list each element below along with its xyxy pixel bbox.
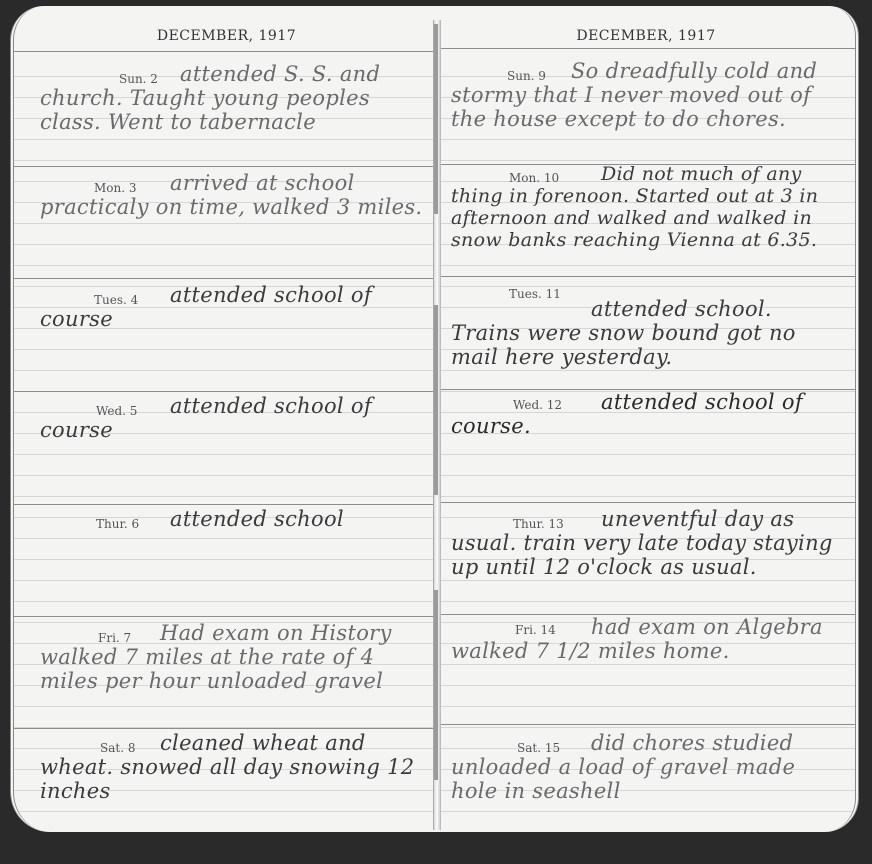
diary-entry: attended school. Trains were snow bound … xyxy=(451,297,841,369)
open-diary: DECEMBER, 1917 Sun. 2 attended S. S. and… xyxy=(0,0,872,864)
binding-stitch xyxy=(434,305,438,495)
day-wed-12: Wed. 12 attended school of course. xyxy=(437,389,855,502)
diary-entry: attended school of course xyxy=(40,283,425,331)
diary-entry: did chores studied unloaded a load of gr… xyxy=(451,731,841,803)
day-fri-7: Fri. 7 Had exam on History walked 7 mile… xyxy=(14,616,439,727)
diary-entry: uneventful day as usual. train very late… xyxy=(451,507,841,579)
day-tues-4: Tues. 4 attended school of course xyxy=(14,278,439,389)
day-tues-11: Tues. 11 attended school. Trains were sn… xyxy=(437,276,855,387)
diary-entry: Had exam on History walked 7 miles at th… xyxy=(40,621,425,693)
day-sat-15: Sat. 15 did chores studied unloaded a lo… xyxy=(437,724,855,832)
left-page: DECEMBER, 1917 Sun. 2 attended S. S. and… xyxy=(10,6,439,832)
day-mon-3: Mon. 3 arrived at school practicaly on t… xyxy=(14,166,439,277)
day-thur-6: Thur. 6 attended school xyxy=(14,504,439,615)
day-mon-10: Mon. 10 Did not much of any thing in for… xyxy=(437,164,855,275)
diary-entry: Did not much of any thing in forenoon. S… xyxy=(451,163,841,251)
diary-entry: attended school xyxy=(40,507,425,531)
diary-entry: had exam on Algebra walked 7 1/2 miles h… xyxy=(451,615,841,663)
day-sun-9: Sun. 9 So dreadfully cold and stormy tha… xyxy=(437,48,855,164)
day-wed-5: Wed. 5 attended school of course xyxy=(14,391,439,502)
diary-entry: So dreadfully cold and stormy that I nev… xyxy=(451,59,841,131)
diary-entry: cleaned wheat and wheat. snowed all day … xyxy=(40,731,425,803)
binding-stitch xyxy=(434,590,438,780)
right-page-header: DECEMBER, 1917 xyxy=(437,28,855,44)
day-fri-14: Fri. 14 had exam on Algebra walked 7 1/2… xyxy=(437,614,855,727)
diary-entry: attended school of course. xyxy=(451,390,841,438)
day-thur-13: Thur. 13 uneventful day as usual. train … xyxy=(437,502,855,615)
day-sat-8: Sat. 8 cleaned wheat and wheat. snowed a… xyxy=(14,728,439,832)
day-sun-2: Sun. 2 attended S. S. and church. Taught… xyxy=(14,51,439,162)
binding-stitch xyxy=(434,24,438,214)
diary-entry: arrived at school practicaly on time, wa… xyxy=(40,171,425,219)
diary-entry: attended S. S. and church. Taught young … xyxy=(40,62,425,134)
right-page: DECEMBER, 1917 Sun. 9 So dreadfully cold… xyxy=(437,6,859,832)
diary-entry: attended school of course xyxy=(40,394,425,442)
left-page-header: DECEMBER, 1917 xyxy=(14,28,439,44)
